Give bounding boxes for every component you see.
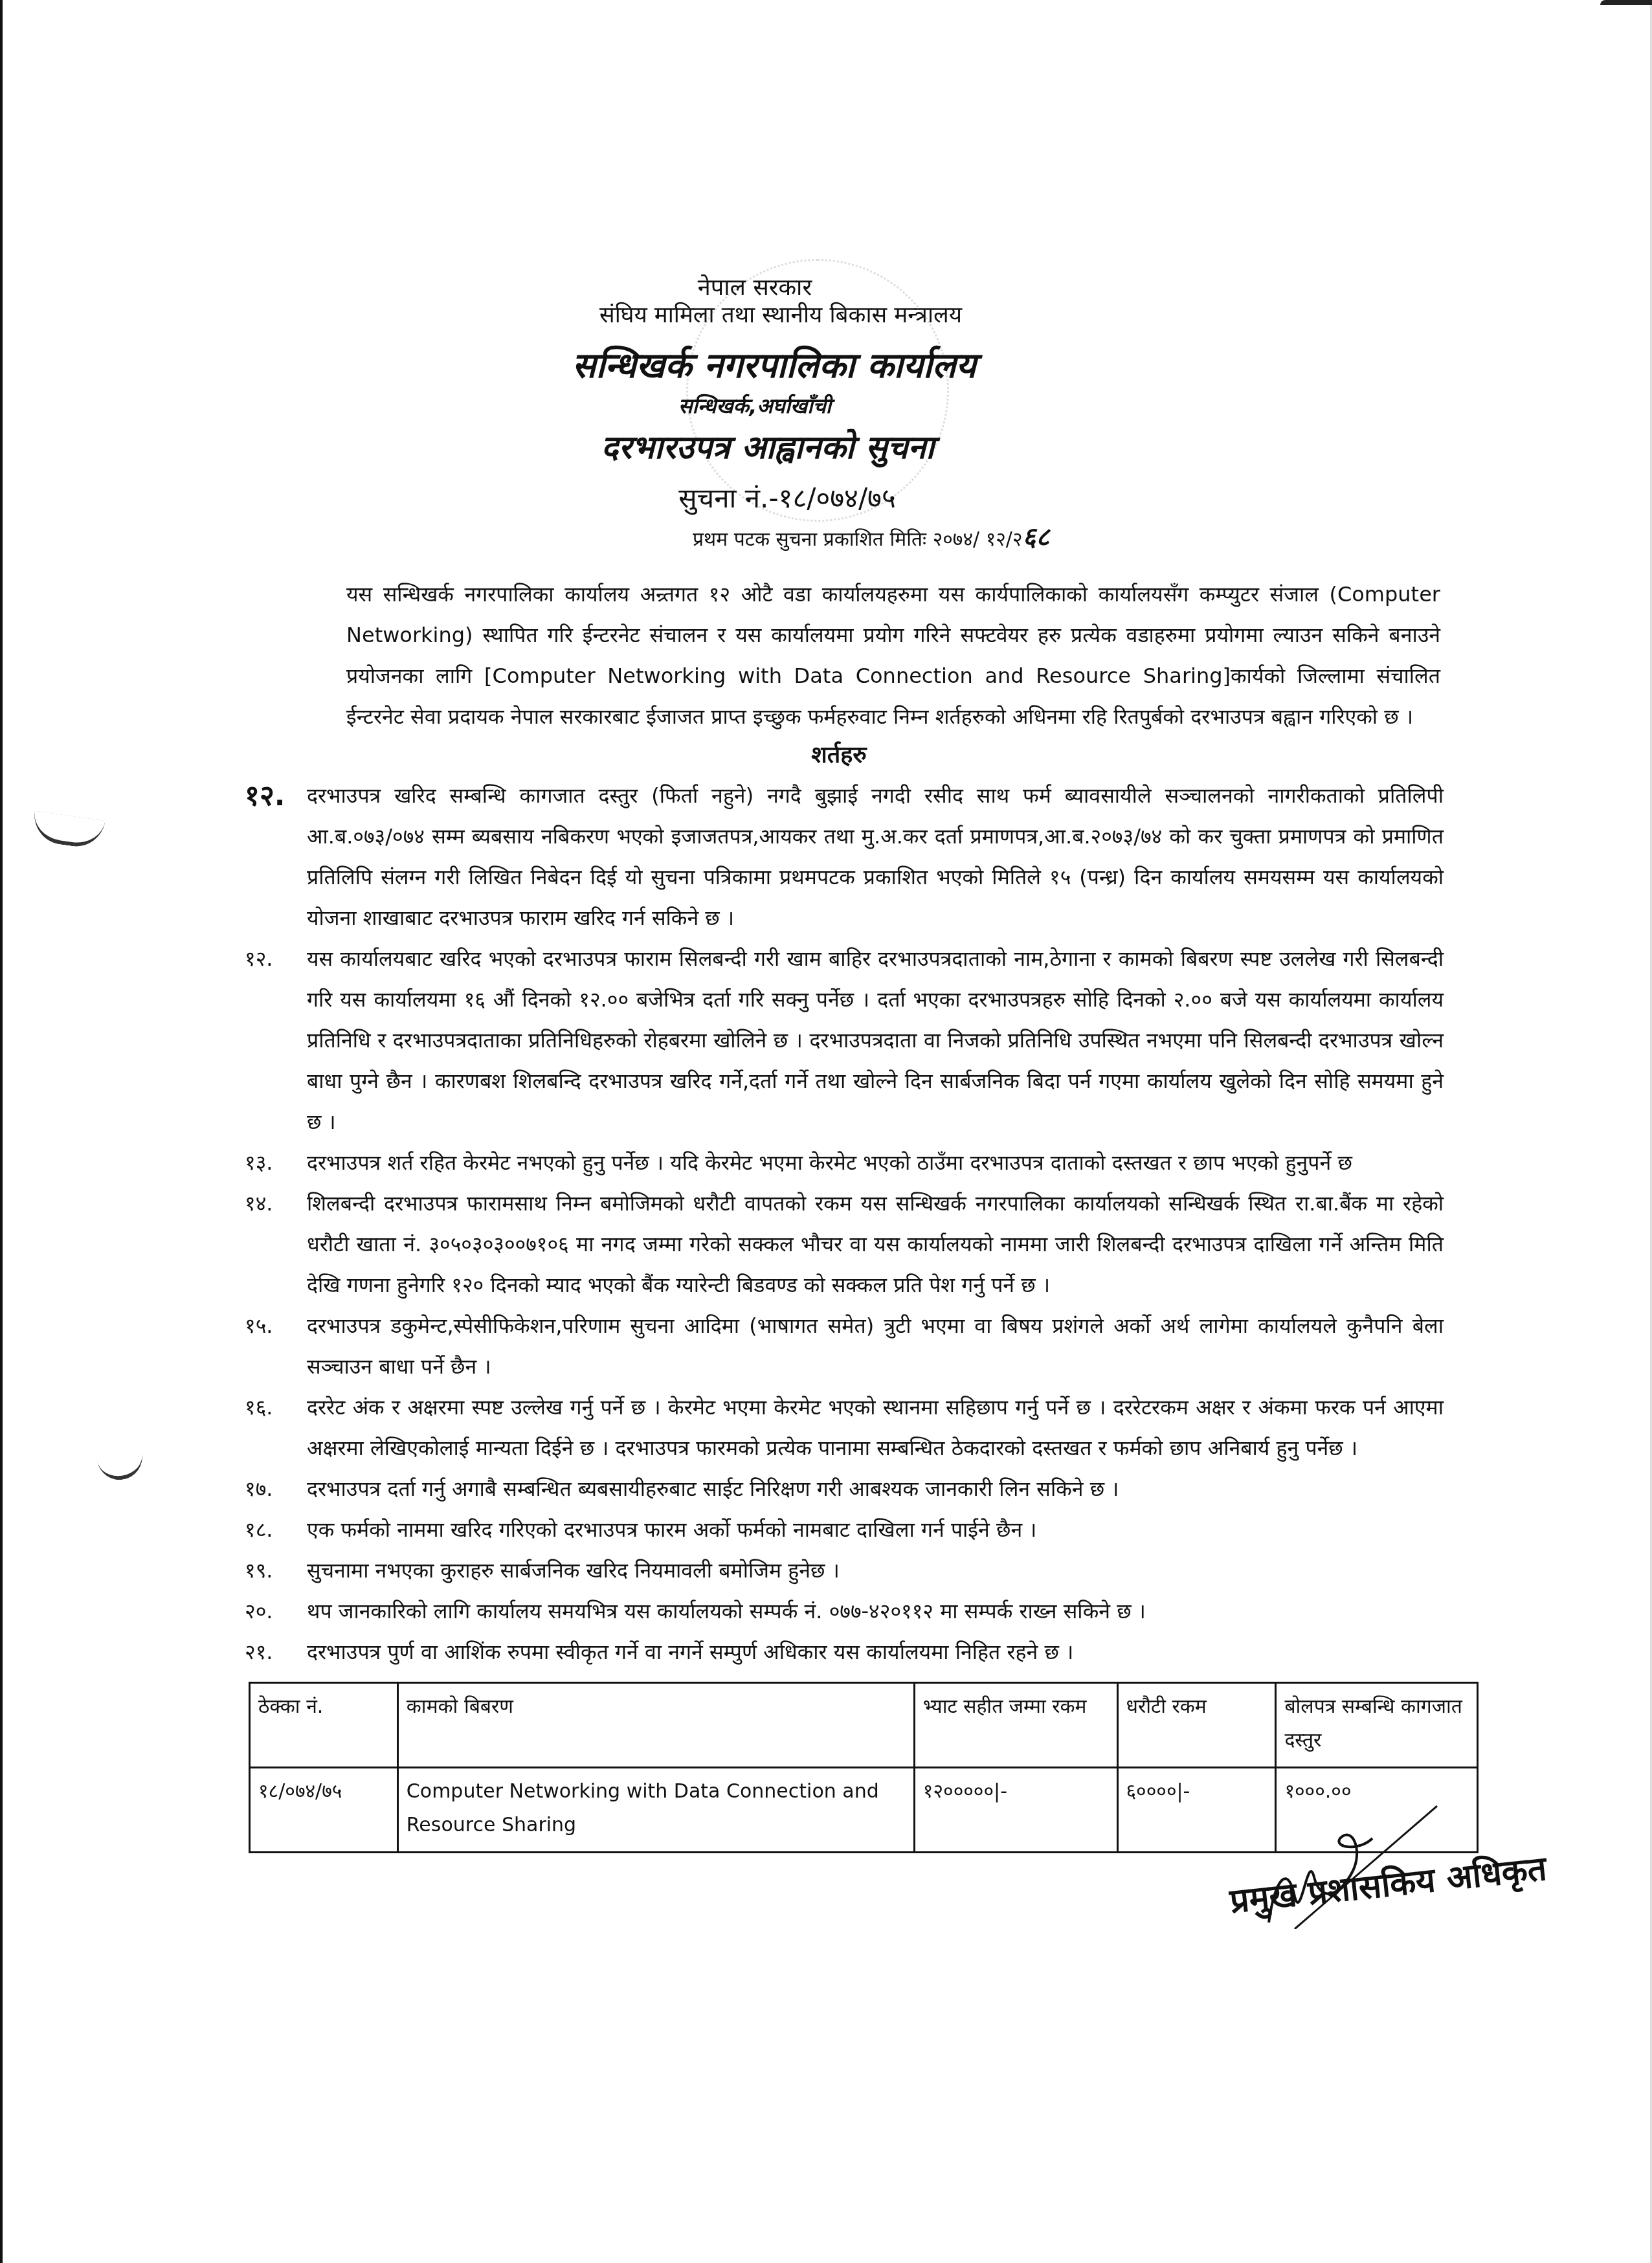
condition-number: १३. [245, 1143, 307, 1183]
condition-number: १४. [245, 1183, 307, 1306]
condition-number: १९. [245, 1550, 307, 1591]
publication-date-line: प्रथम पटक सुचना प्रकाशित मितिः २०७४/ १२/… [693, 518, 1049, 553]
condition-item: १५.दरभाउपत्र डकुमेन्ट,स्पेसीफिकेशन,परिणा… [245, 1306, 1444, 1387]
condition-text: दरभाउपत्र पुर्ण वा आशिंक रुपमा स्वीकृत ग… [307, 1632, 1444, 1673]
header-deposit-amount: धरौटी रकम [1117, 1683, 1276, 1768]
table-header-row: ठेक्का नं. कामको बिबरण भ्याट सहीत जम्मा … [250, 1683, 1478, 1768]
punch-mark [94, 1433, 146, 1483]
handwritten-date-digits: ६८ [1023, 522, 1050, 552]
conditions-heading: शर्तहरु [0, 738, 1652, 770]
condition-number: २०. [245, 1591, 307, 1632]
condition-text: एक फर्मको नाममा खरिद गरिएको दरभाउपत्र फा… [307, 1510, 1444, 1550]
intro-paragraph: यस सन्धिखर्क नगरपालिका कार्यालय अन्र्तगत… [346, 574, 1440, 737]
condition-text: दररेट अंक र अक्षरमा स्पष्ट उल्लेख गर्नु … [307, 1387, 1444, 1469]
condition-item: १४.शिलबन्दी दरभाउपत्र फारामसाथ निम्न बमो… [245, 1183, 1444, 1306]
cell-total-with-vat: १२०००००|- [914, 1768, 1117, 1853]
condition-item: १९.सुचनामा नभएका कुराहरु सार्बजनिक खरिद … [245, 1550, 1444, 1591]
government-name: नेपाल सरकार [0, 271, 1581, 302]
header-total-with-vat: भ्याट सहीत जम्मा रकम [914, 1683, 1117, 1768]
punch-mark [30, 811, 105, 851]
condition-text: सुचनामा नभएका कुराहरु सार्बजनिक खरिद निय… [307, 1550, 1444, 1591]
ministry-name: संघिय मामिला तथा स्थानीय बिकास मन्त्रालय [0, 299, 1607, 329]
condition-item: १२.यस कार्यालयबाट खरिद भएको दरभाउपत्र फा… [245, 939, 1444, 1143]
conditions-list: १२.दरभाउपत्र खरिद सम्बन्धि कागजात दस्तुर… [245, 775, 1444, 1673]
condition-number: १८. [245, 1510, 307, 1550]
condition-number: २१. [245, 1632, 307, 1673]
publication-label: प्रथम पटक सुचना प्रकाशित मितिः [693, 528, 926, 551]
publication-date: २०७४/ १२/२ [933, 528, 1023, 551]
condition-text: दरभाउपत्र डकुमेन्ट,स्पेसीफिकेशन,परिणाम स… [307, 1306, 1444, 1387]
condition-number: १२. [245, 775, 307, 939]
condition-item: २०.थप जानकारिको लागि कार्यालय समयभित्र य… [245, 1591, 1444, 1632]
condition-item: १२.दरभाउपत्र खरिद सम्बन्धि कागजात दस्तुर… [245, 775, 1444, 939]
condition-number: १७. [245, 1469, 307, 1510]
condition-text: दरभाउपत्र दर्ता गर्नु अगाबै सम्बन्धित ब्… [307, 1469, 1444, 1510]
condition-item: १३.दरभाउपत्र शर्त रहित केरमेट नभएको हुनु… [245, 1143, 1444, 1183]
condition-item: २१.दरभाउपत्र पुर्ण वा आशिंक रुपमा स्वीकृ… [245, 1632, 1444, 1673]
header-document-fee: बोलपत्र सम्बन्धि कागजात दस्तुर [1276, 1683, 1478, 1768]
cell-work-description: Computer Networking with Data Connection… [397, 1768, 914, 1853]
condition-number: १६. [245, 1387, 307, 1469]
cell-contract-no: १८/०७४/७५ [250, 1768, 398, 1853]
notice-number: सुचना नं.-१८/०७४/७५ [0, 479, 1613, 516]
condition-text: यस कार्यालयबाट खरिद भएको दरभाउपत्र फाराम… [307, 939, 1444, 1143]
notice-title: दरभारउपत्र आह्वानको सुचना [0, 424, 1594, 468]
scan-corner [1600, 0, 1652, 5]
office-address: सन्धिखर्क,अर्घाखाँची [0, 392, 1581, 419]
office-name: सन्धिखर्क नगरपालिका कार्यालय [0, 340, 1600, 388]
condition-text: शिलबन्दी दरभाउपत्र फारामसाथ निम्न बमोजिम… [307, 1183, 1444, 1306]
condition-item: १८.एक फर्मको नाममा खरिद गरिएको दरभाउपत्र… [245, 1510, 1444, 1550]
header-work-description: कामको बिबरण [397, 1683, 914, 1768]
cell-deposit-amount: ६००००|- [1117, 1768, 1276, 1853]
condition-item: १७.दरभाउपत्र दर्ता गर्नु अगाबै सम्बन्धित… [245, 1469, 1444, 1510]
condition-number: १२. [245, 939, 307, 1143]
condition-item: १६.दररेट अंक र अक्षरमा स्पष्ट उल्लेख गर्… [245, 1387, 1444, 1469]
condition-text: दरभाउपत्र खरिद सम्बन्धि कागजात दस्तुर (फ… [307, 775, 1444, 939]
condition-number: १५. [245, 1306, 307, 1387]
header-contract-no: ठेक्का नं. [250, 1683, 398, 1768]
condition-text: थप जानकारिको लागि कार्यालय समयभित्र यस क… [307, 1591, 1444, 1632]
condition-text: दरभाउपत्र शर्त रहित केरमेट नभएको हुनु पर… [307, 1143, 1444, 1183]
